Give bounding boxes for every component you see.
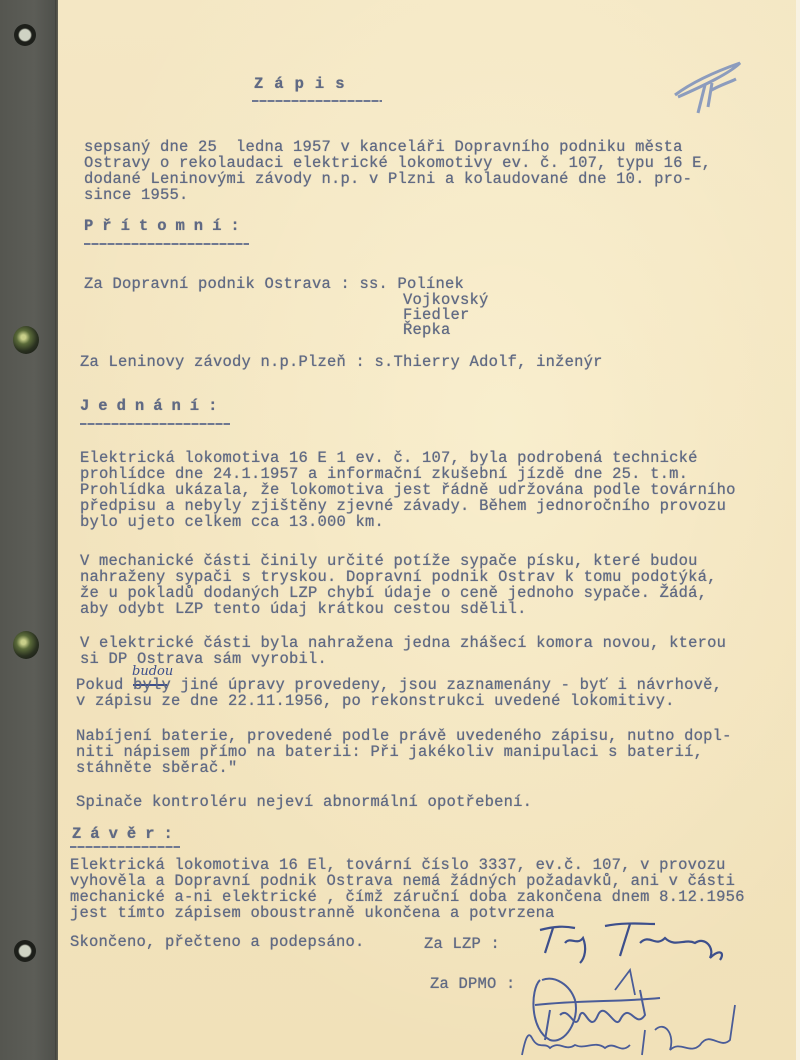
binder-rivet: [13, 631, 39, 659]
intro-line: dodané Leninovými závody n.p. v Plzni a …: [84, 171, 692, 187]
signature-dpmo: [520, 960, 780, 1060]
paragraph-line: stáhněte sběrač.": [76, 760, 238, 776]
binder-strip: [0, 0, 57, 1060]
paragraph-line: nahraženy sypači s tryskou. Dopravní pod…: [80, 569, 717, 585]
paragraph-line: v zápisu ze dne 22.11.1956, po rekonstru…: [76, 693, 675, 709]
paragraph-line: Spinače kontroléru nejeví abnormální opo…: [76, 794, 532, 810]
title-underline: [252, 100, 382, 102]
heading-underline: [80, 423, 230, 425]
paragraph-line: Prohlídka ukázala, že lokomotiva jest řá…: [80, 482, 736, 498]
punch-hole: [14, 940, 36, 962]
intro-line: Ostravy o rekolaudaci elektrické lokomot…: [84, 155, 711, 171]
present-name: Řepka: [403, 322, 451, 338]
punch-hole: [14, 24, 36, 46]
paragraph-line: bylo ujeto celkem cca 13.000 km.: [80, 514, 384, 530]
conclusion-line: mechanické a-ni elektrické , čímž záručn…: [70, 889, 745, 905]
paragraph-line: aby odybt LZP tento údaj krátkou cestou …: [80, 601, 527, 617]
paragraph-line: V mechanické části činily určité potíže …: [80, 553, 698, 569]
intro-line: sepsaný dne 25 ledna 1957 v kanceláři Do…: [84, 139, 683, 155]
paragraph-line: niti nápisem přímo na baterii: Při jakék…: [76, 744, 703, 760]
section-heading-present: Přítomní:: [84, 218, 249, 234]
closing-text: Skončeno, přečteno a podepsáno.: [70, 934, 365, 950]
section-heading-conclusion: Závěr:: [72, 826, 182, 842]
section-heading-proceedings: Jednání:: [80, 398, 226, 414]
heading-underline: [70, 846, 180, 848]
paragraph-line: předpisu a nebyly zjištěny zjevné závady…: [80, 498, 726, 514]
paragraph-line: Pokud byly jiné úpravy provedeny, jsou z…: [76, 677, 722, 693]
conclusion-line: Elektrická lokomotiva 16 El, tovární čís…: [70, 857, 726, 873]
conclusion-line: vyhověla a Dopravní podnik Ostrava nemá …: [70, 873, 735, 889]
paragraph-line: Nabíjení baterie, provedené podle právě …: [76, 728, 732, 744]
paragraph-line: prohlídce dne 24.1.1957 a informační zku…: [80, 466, 688, 482]
dpmo-signature-label: Za DPMO :: [430, 976, 516, 992]
binder-rivet: [13, 326, 39, 354]
document-title: Zápis: [254, 76, 356, 92]
page-edge: [796, 0, 800, 1060]
intro-line: since 1955.: [84, 187, 189, 203]
heading-underline: [84, 243, 249, 245]
pencil-initials-mark: [670, 55, 750, 115]
present-dp-line: Za Dopravní podnik Ostrava : ss. Polínek: [84, 276, 464, 292]
paragraph-line: Elektrická lokomotiva 16 E 1 ev. č. 107,…: [80, 450, 698, 466]
present-lz-line: Za Leninovy závody n.p.Plzeň : s.Thierry…: [80, 354, 603, 370]
paragraph-line: V elektrické části byla nahražena jedna …: [80, 635, 726, 651]
paragraph-line: že u pokladů dodaných LZP chybí údaje o …: [80, 585, 707, 601]
conclusion-line: jest tímto zápisem oboustranně ukončena …: [70, 905, 555, 921]
lzp-signature-label: Za LZP :: [424, 936, 500, 952]
paragraph-line: si DP Ostrava sám vyrobil.: [80, 651, 327, 667]
